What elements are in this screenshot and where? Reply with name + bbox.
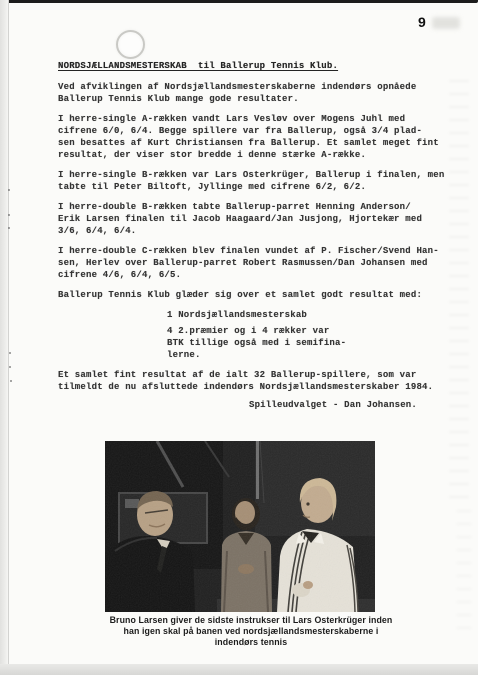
hole-punch-mark (116, 30, 145, 59)
bleed-through-text (449, 80, 469, 500)
scan-speck (8, 227, 10, 229)
scanned-page: 9 NORDSJÆLLANDSMESTERSKAB til Ballerup T… (0, 0, 478, 675)
bleed-through-text (456, 510, 472, 630)
photo-caption: Bruno Larsen giver de sidste instrukser … (86, 615, 416, 647)
article-title: NORDSJÆLLANDSMESTERSKAB til Ballerup Ten… (58, 61, 450, 71)
signature: Spilleudvalget - Dan Johansen. (58, 399, 450, 411)
results-list: 1 Nordsjællandsmesterskab 4 2.præmier og… (167, 309, 450, 361)
paragraph: Ved afviklingen af Nordsjællandsmestersk… (58, 81, 450, 105)
scan-speck (8, 214, 10, 216)
photo-three-men (105, 441, 375, 612)
closing-paragraph: Et samlet fint resultat af de ialt 32 Ba… (58, 369, 450, 393)
result-item: 4 2.præmier og i 4 rækker var BTK tillig… (167, 325, 450, 361)
scan-speck (8, 189, 10, 191)
paragraph: I herre-single B-rækken var Lars Osterkr… (58, 169, 450, 193)
paragraph: I herre-single A-rækken vandt Lars Veslø… (58, 113, 450, 161)
scan-top-edge (6, 0, 478, 3)
paragraph: I herre-double B-rækken tabte Ballerup-p… (58, 201, 450, 237)
paragraph: Ballerup Tennis Klub glæder sig over et … (58, 289, 450, 301)
scan-bottom-strip (0, 664, 478, 675)
scan-speck (10, 380, 12, 382)
photo-illustration (105, 441, 375, 612)
result-item: 1 Nordsjællandsmesterskab (167, 309, 450, 321)
scan-left-band (0, 0, 9, 675)
scan-speck (9, 366, 11, 368)
page-number: 9 (418, 14, 426, 30)
paragraph: I herre-double C-rækken blev finalen vun… (58, 245, 450, 281)
scan-speck (9, 352, 11, 354)
ink-smudge (432, 17, 460, 29)
article: NORDSJÆLLANDSMESTERSKAB til Ballerup Ten… (58, 61, 450, 419)
